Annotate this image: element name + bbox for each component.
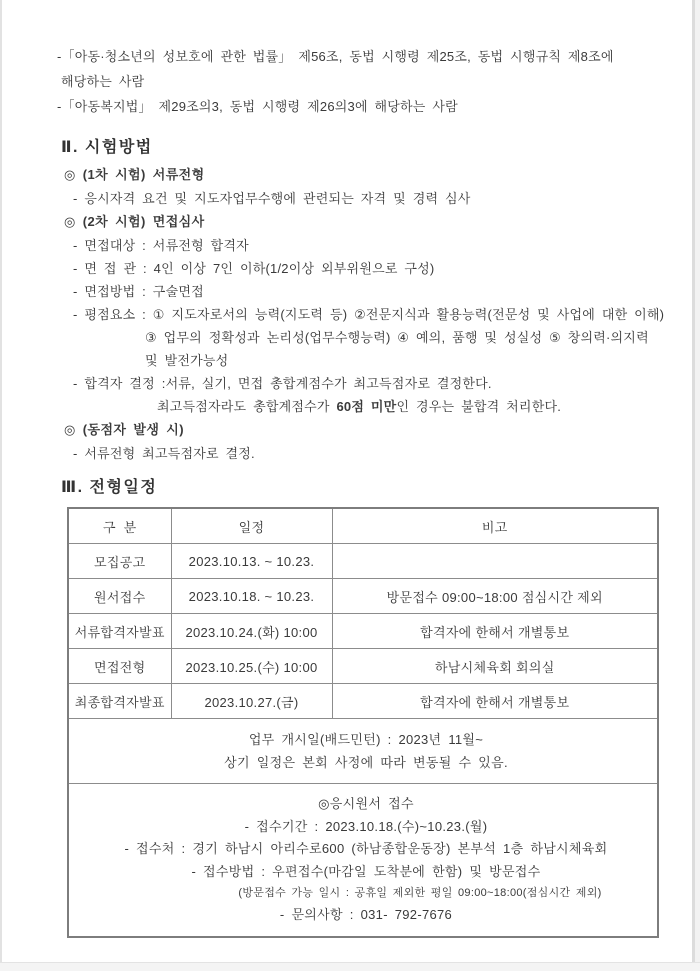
apply-contact-line: - 문의사항 : 031- 792-7676 <box>81 904 651 927</box>
pass-decision-minimum-score: 60점 미만 <box>336 399 396 414</box>
cell-category: 서류합격자발표 <box>68 614 171 649</box>
stage2-heading: ◎ (2차 시험) 면접심사 <box>57 210 672 234</box>
table-row-final-result: 최종합격자발표 2023.10.27.(금) 합격자에 한해서 개별통보 <box>68 684 658 719</box>
cell-remark: 하남시체육회 회의실 <box>332 649 658 684</box>
tiebreak-heading: ◎ (동점자 발생 시) <box>57 418 672 442</box>
page-left-edge <box>0 0 2 971</box>
apply-method-line: - 접수방법 : 우편접수(마감일 도착분에 한함) 및 방문접수 <box>81 861 651 884</box>
apply-cell: ◎응시원서 접수 - 접수기간 : 2023.10.18.(수)~10.23.(… <box>68 784 658 937</box>
table-row-announcement: 모집공고 2023.10.13. ~ 10.23. <box>68 544 658 579</box>
cell-remark: 방문접수 09:00~18:00 점심시간 제외 <box>332 579 658 614</box>
interview-panel-line: - 면 접 관 : 4인 이상 7인 이하(1/2이상 외부위원으로 구성) <box>57 257 672 280</box>
document-page: -「아동·청소년의 성보호에 관한 법률」 제56조, 동법 시행령 제25조,… <box>0 0 700 971</box>
cell-category: 원서접수 <box>68 579 171 614</box>
section-title-schedule: Ⅲ. 전형일정 <box>61 475 672 501</box>
legal-reference-line-1-continuation: 해당하는 사람 <box>57 69 672 94</box>
header-remark: 비고 <box>332 508 658 544</box>
apply-heading: ◎응시원서 접수 <box>81 793 651 816</box>
table-row-interview: 면접전형 2023.10.25.(수) 10:00 하남시체육회 회의실 <box>68 649 658 684</box>
rating-factors-line: - 평점요소 : ① 지도자로서의 능력(지도력 등) ②전문지식과 활용능력(… <box>57 303 672 326</box>
table-header-row: 구 분 일정 비고 <box>68 508 658 544</box>
page-bottom-edge <box>0 962 700 971</box>
cell-category: 최종합격자발표 <box>68 684 171 719</box>
cell-remark: 합격자에 한해서 개별통보 <box>332 614 658 649</box>
table-note-row: 업무 개시일(배드민턴) : 2023년 11월~ 상기 일정은 본회 사정에 … <box>68 719 658 784</box>
schedule-change-line: 상기 일정은 본회 사정에 따라 변동될 수 있음. <box>81 751 651 774</box>
header-category: 구 분 <box>68 508 171 544</box>
page-right-margin <box>695 0 700 971</box>
apply-period-line: - 접수기간 : 2023.10.18.(수)~10.23.(월) <box>81 816 651 839</box>
interview-target-line: - 면접대상 : 서류전형 합격자 <box>57 234 672 257</box>
cell-remark: 합격자에 한해서 개별통보 <box>332 684 658 719</box>
page-right-edge <box>692 0 695 971</box>
pass-decision-line-1: - 합격자 결정 :서류, 실기, 면접 총합계점수가 최고득점자로 결정한다. <box>57 372 672 395</box>
pass-decision-prefix: 최고득점자라도 총합계점수가 <box>157 399 336 414</box>
cell-date: 2023.10.25.(수) 10:00 <box>171 649 332 684</box>
apply-visit-hours-line: (방문접수 가능 일시 : 공휴일 제외한 평일 09:00~18:00(점심시… <box>81 883 651 904</box>
cell-date: 2023.10.18. ~ 10.23. <box>171 579 332 614</box>
work-start-line: 업무 개시일(배드민턴) : 2023년 11월~ <box>81 728 651 751</box>
cell-remark <box>332 544 658 579</box>
rating-factors-continuation-2: 및 발전가능성 <box>57 349 672 372</box>
table-row-document-result: 서류합격자발표 2023.10.24.(화) 10:00 합격자에 한해서 개별… <box>68 614 658 649</box>
header-date: 일정 <box>171 508 332 544</box>
rating-factors-continuation-1: ③ 업무의 정확성과 논리성(업무수행능력) ④ 예의, 품행 및 성실성 ⑤ … <box>57 326 672 349</box>
apply-place-line: - 접수처 : 경기 하남시 아리수로600 (하남종합운동장) 본부석 1층 … <box>81 838 651 861</box>
tiebreak-detail: - 서류전형 최고득점자로 결정. <box>57 442 672 465</box>
section-title-exam-method: Ⅱ. 시험방법 <box>61 135 672 161</box>
schedule-table: 구 분 일정 비고 모집공고 2023.10.13. ~ 10.23. 원서접수… <box>67 507 659 938</box>
table-row-application: 원서접수 2023.10.18. ~ 10.23. 방문접수 09:00~18:… <box>68 579 658 614</box>
cell-category: 모집공고 <box>68 544 171 579</box>
legal-reference-line-1: -「아동·청소년의 성보호에 관한 법률」 제56조, 동법 시행령 제25조,… <box>57 44 672 69</box>
cell-category: 면접전형 <box>68 649 171 684</box>
table-apply-row: ◎응시원서 접수 - 접수기간 : 2023.10.18.(수)~10.23.(… <box>68 784 658 937</box>
pass-decision-suffix: 인 경우는 불합격 처리한다. <box>396 399 561 414</box>
stage1-heading: ◎ (1차 시험) 서류전형 <box>57 163 672 187</box>
cell-date: 2023.10.13. ~ 10.23. <box>171 544 332 579</box>
note-cell: 업무 개시일(배드민턴) : 2023년 11월~ 상기 일정은 본회 사정에 … <box>68 719 658 784</box>
document-content: -「아동·청소년의 성보호에 관한 법률」 제56조, 동법 시행령 제25조,… <box>0 0 700 938</box>
pass-decision-line-2: 최고득점자라도 총합계점수가 60점 미만인 경우는 불합격 처리한다. <box>57 395 672 418</box>
interview-method-line: - 면접방법 : 구술면접 <box>57 280 672 303</box>
stage1-detail: - 응시자격 요건 및 지도자업무수행에 관련되는 자격 및 경력 심사 <box>57 187 672 210</box>
legal-reference-line-2: -「아동복지법」 제29조의3, 동법 시행령 제26의3에 해당하는 사람 <box>57 94 672 119</box>
cell-date: 2023.10.24.(화) 10:00 <box>171 614 332 649</box>
cell-date: 2023.10.27.(금) <box>171 684 332 719</box>
